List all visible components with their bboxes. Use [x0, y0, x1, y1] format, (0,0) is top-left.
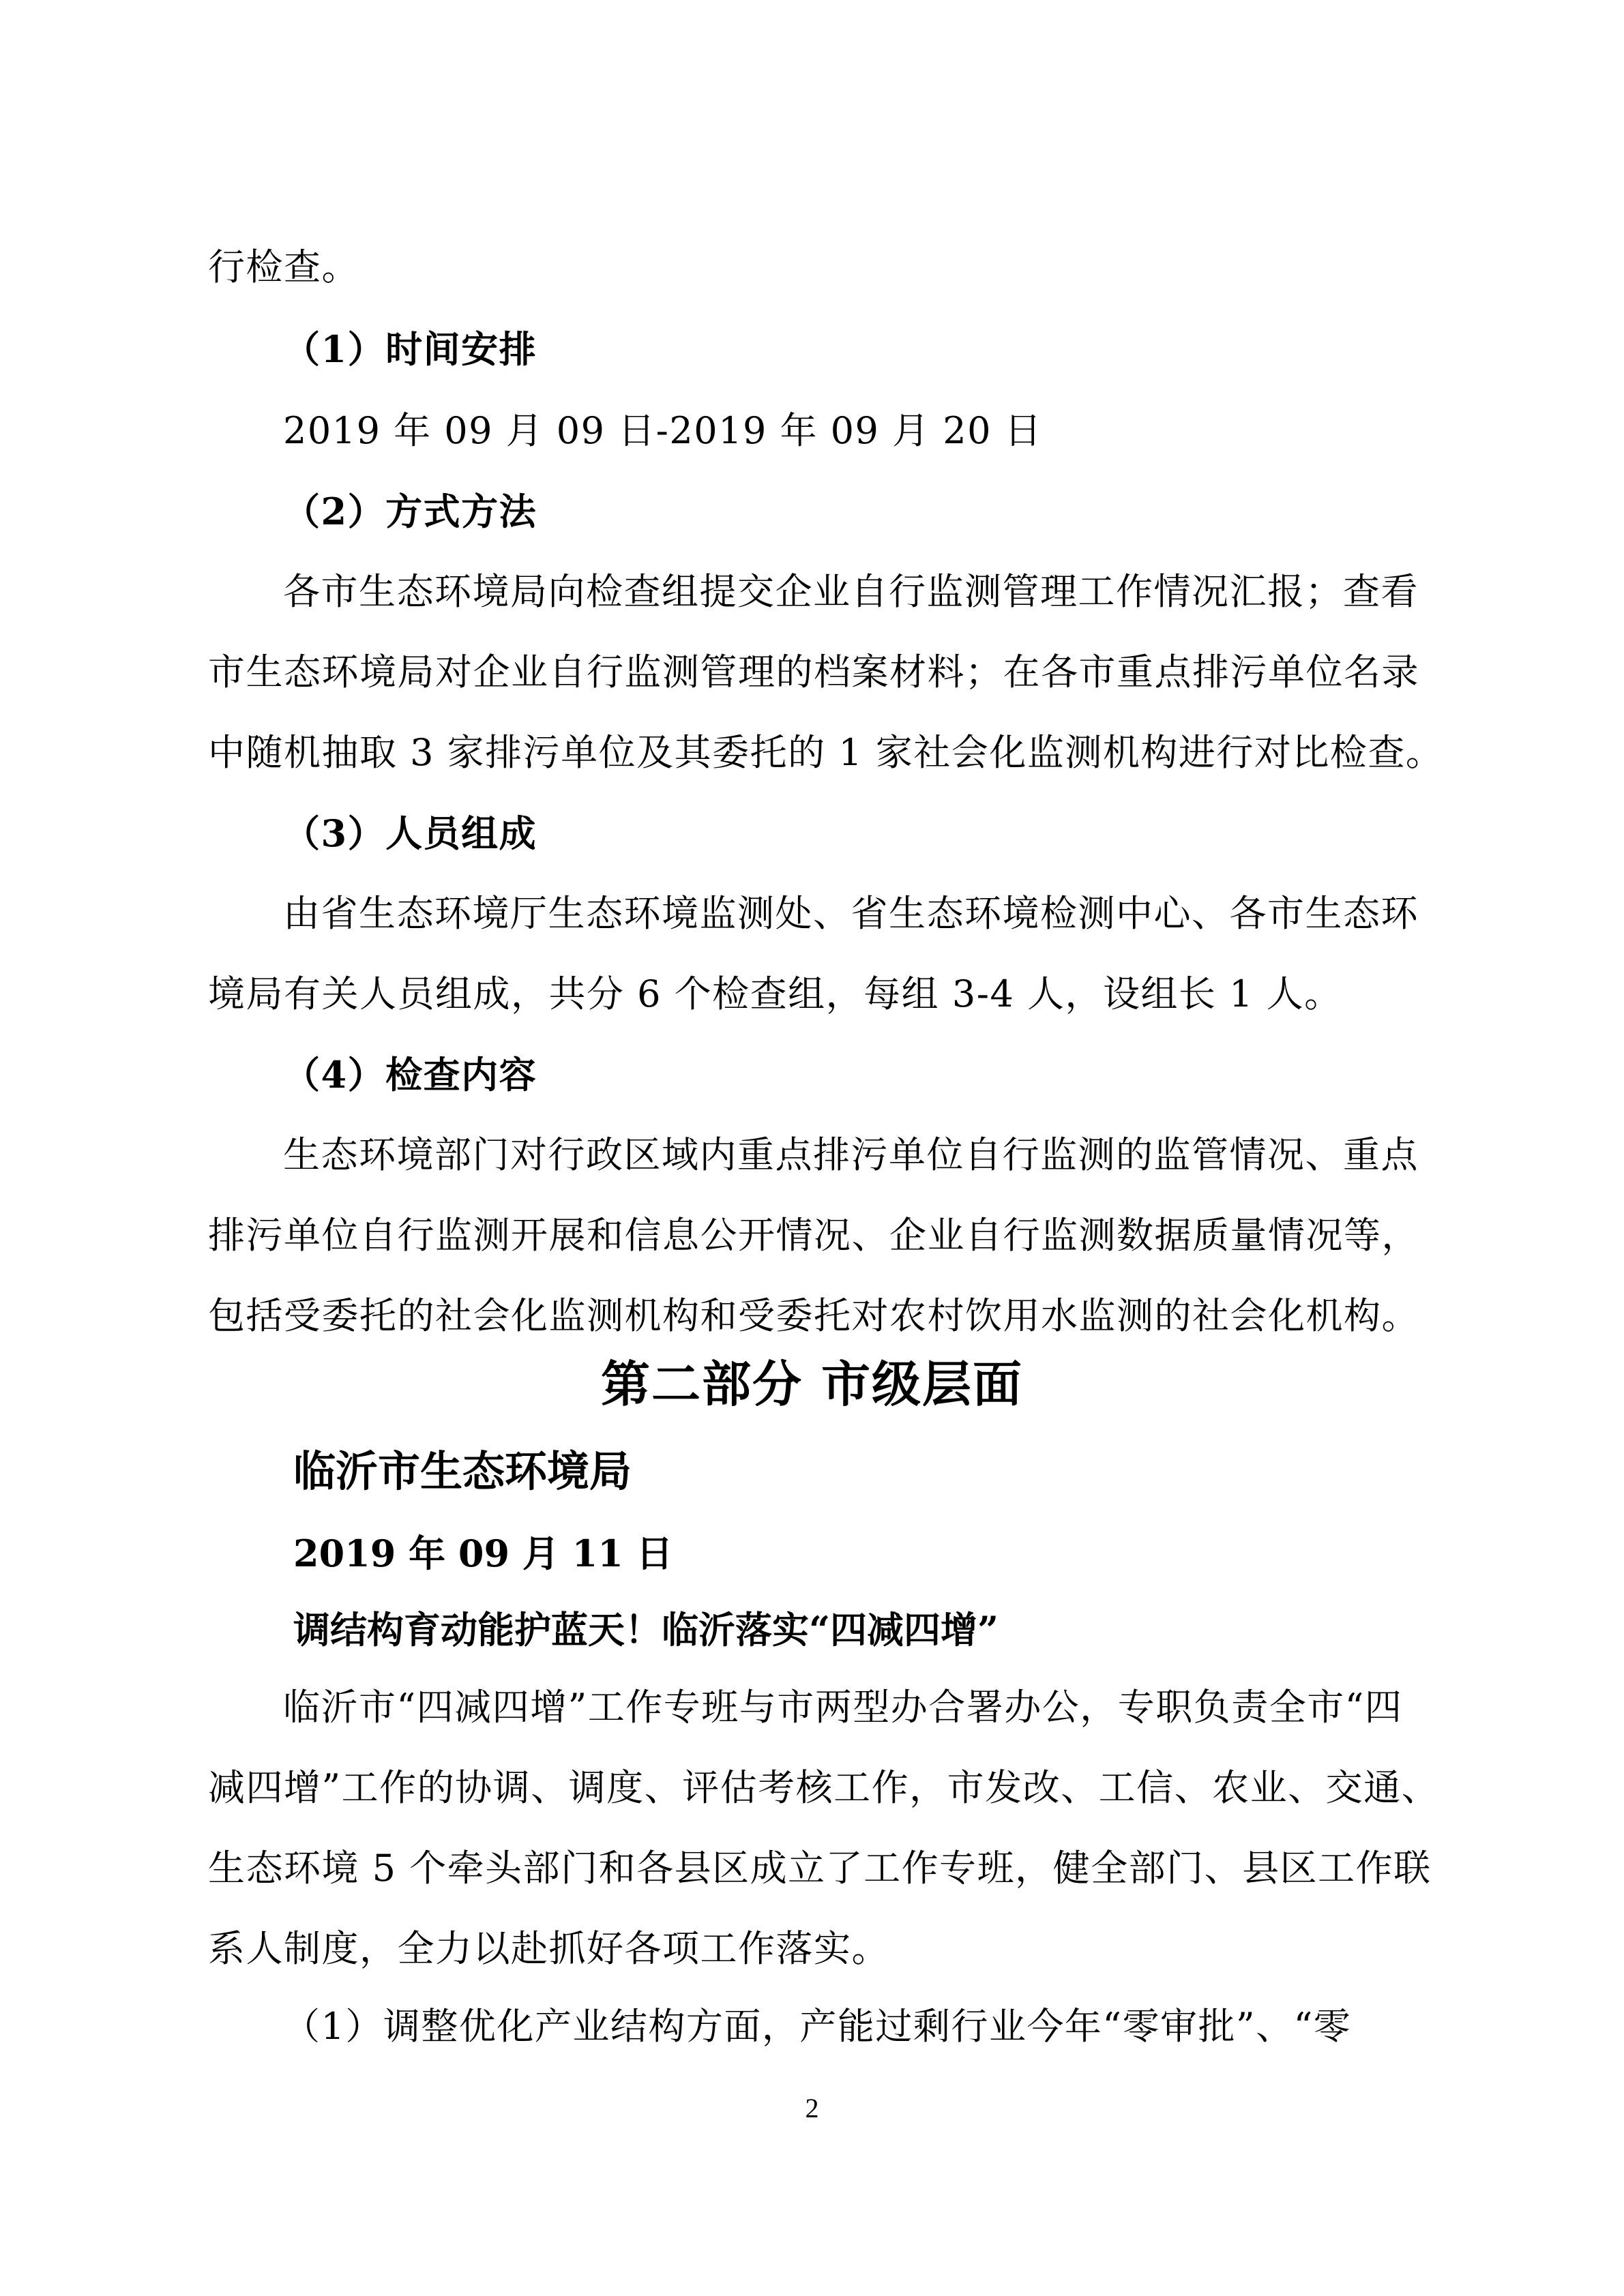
paragraph-line: 排污单位自行监测开展和信息公开情况、企业自行监测数据质量情况等，	[208, 1214, 1429, 1257]
part-title: 第二部分 市级层面	[0, 1357, 1624, 1412]
section-heading-personnel: （3）人员组成	[283, 811, 1504, 855]
paragraph-line: 系人制度，全力以赴抓好各项工作落实。	[208, 1927, 1429, 1971]
paragraph-line: （1）调整优化产业结构方面，产能过剩行业今年“零审批”、“零	[283, 2005, 1504, 2048]
paragraph-line: 各市生态环境局向检查组提交企业自行监测管理工作情况汇报；查看	[283, 570, 1504, 614]
paragraph-line: 减四增”工作的协调、调度、评估考核工作，市发改、工信、农业、交通、	[208, 1766, 1429, 1810]
continuation-text: 行检查。	[208, 245, 1429, 289]
section-heading-time: （1）时间安排	[283, 327, 1504, 371]
paragraph-line: 临沂市“四减四增”工作专班与市两型办合署办公，专职负责全市“四	[283, 1686, 1504, 1729]
paragraph-line: 生态环境部门对行政区域内重点排污单位自行监测的监管情况、重点	[283, 1133, 1504, 1177]
paragraph-line: 包括受委托的社会化监测机构和受委托对农村饮用水监测的社会化机构。	[208, 1294, 1429, 1338]
page-number: 2	[0, 2092, 1624, 2125]
section-heading-content: （4）检查内容	[283, 1053, 1504, 1097]
paragraph-line: 市生态环境局对企业自行监测管理的档案材料；在各市重点排污单位名录	[208, 651, 1429, 694]
paragraph-line: 由省生态环境厅生态环境监测处、省生态环境检测中心、各市生态环	[283, 892, 1504, 936]
paragraph-line: 境局有关人员组成，共分 6 个检查组，每组 3-4 人，设组长 1 人。	[208, 972, 1429, 1016]
org-title: 临沂市生态环境局	[293, 1447, 632, 1496]
paragraph-line: 中随机抽取 3 家排污单位及其委托的 1 家社会化监测机构进行对比检查。	[208, 731, 1429, 775]
schedule-dates: 2019 年 09 月 09 日-2019 年 09 月 20 日	[283, 409, 1504, 453]
paragraph-line: 生态环境 5 个牵头部门和各县区成立了工作专班，健全部门、县区工作联	[208, 1847, 1429, 1890]
article-date: 2019 年 09 月 11 日	[293, 1532, 673, 1575]
document-page: 行检查。 （1）时间安排 2019 年 09 月 09 日-2019 年 09 …	[0, 0, 1624, 2296]
section-heading-method: （2）方式方法	[283, 490, 1504, 533]
article-headline: 调结构育动能护蓝天！临沂落实“四减四增”	[293, 1608, 999, 1652]
